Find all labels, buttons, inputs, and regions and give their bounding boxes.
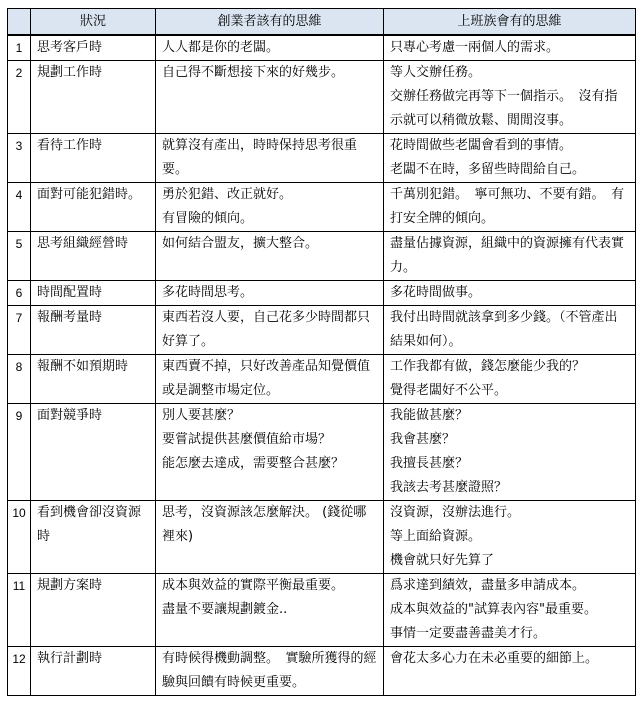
cell-situation: 時間配置時 <box>31 281 156 306</box>
cell-paragraph: 我該去考甚麼證照？ <box>390 476 629 500</box>
cell-paragraph: 有冒險的傾向。 <box>162 207 377 231</box>
cell-employee-mindset: 盡量佔據資源，組織中的資源擁有代表實力。 <box>384 232 636 281</box>
cell-employee-mindset: 花時間做些老闆會看到的事情。老闆不在時，多留些時間給自己。 <box>384 134 636 183</box>
header-entrepreneur-mindset: 創業者該有的思維 <box>156 9 384 36</box>
cell-paragraph: 千萬別犯錯。 寧可無功、不要有錯。 有打安全牌的傾向。 <box>390 183 629 231</box>
row-number: 2 <box>8 61 31 134</box>
cell-paragraph: 多花時間思考。 <box>162 281 377 305</box>
cell-situation: 思考客戶時 <box>31 35 156 61</box>
table-row: 7報酬考量時東西若沒人要，自己花多少時間都只好算了。我付出時間就該拿到多少錢。（… <box>8 306 636 355</box>
cell-paragraph: 多花時間做事。 <box>390 281 629 305</box>
cell-paragraph: 看待工作時 <box>37 134 149 158</box>
cell-paragraph: 會花太多心力在未必重要的細節上。 <box>390 647 629 671</box>
table-row: 9面對競爭時別人要甚麼？要嘗試提供甚麼價值給市場？能怎麼去達成，需要整合甚麼？我… <box>8 404 636 501</box>
cell-paragraph: 規劃工作時 <box>37 61 149 85</box>
cell-paragraph: 交辦任務做完再等下一個指示。 沒有指示就可以稍微放鬆、閒閒沒事。 <box>390 85 629 133</box>
cell-paragraph: 覺得老闆好不公平。 <box>390 379 629 403</box>
cell-situation: 執行計劃時 <box>31 647 156 696</box>
row-number: 9 <box>8 404 31 501</box>
row-number: 1 <box>8 35 31 61</box>
cell-paragraph: 有時候得機動調整。 實驗所獲得的經驗與回饋有時候更重要。 <box>162 647 377 695</box>
cell-entrepreneur-mindset: 人人都是你的老闆。 <box>156 35 384 61</box>
table-row: 11規劃方案時成本與效益的實際平衡最重要。盡量不要讓規劃鍍金..爲求達到績效，盡… <box>8 574 636 647</box>
cell-paragraph: 就算沒有產出，時時保持思考很重要。 <box>162 134 377 182</box>
cell-entrepreneur-mindset: 思考，沒資源該怎麼解決。 (錢從哪裡來) <box>156 501 384 574</box>
cell-paragraph: 等人交辦任務。 <box>390 61 629 85</box>
table-body: 1思考客戶時人人都是你的老闆。只專心考慮一兩個人的需求。2規劃工作時自己得不斷想… <box>8 35 636 696</box>
cell-paragraph: 我擅長甚麼？ <box>390 452 629 476</box>
cell-entrepreneur-mindset: 勇於犯錯、改正就好。有冒險的傾向。 <box>156 183 384 232</box>
table-row: 12執行計劃時有時候得機動調整。 實驗所獲得的經驗與回饋有時候更重要。會花太多心… <box>8 647 636 696</box>
cell-paragraph: 思考，沒資源該怎麼解決。 (錢從哪裡來) <box>162 501 377 549</box>
table-row: 4面對可能犯錯時。勇於犯錯、改正就好。有冒險的傾向。千萬別犯錯。 寧可無功、不要… <box>8 183 636 232</box>
cell-entrepreneur-mindset: 成本與效益的實際平衡最重要。盡量不要讓規劃鍍金.. <box>156 574 384 647</box>
cell-paragraph: 等上面給資源。 <box>390 525 629 549</box>
cell-paragraph: 只專心考慮一兩個人的需求。 <box>390 36 629 60</box>
cell-situation: 思考組織經營時 <box>31 232 156 281</box>
cell-employee-mindset: 多花時間做事。 <box>384 281 636 306</box>
cell-employee-mindset: 等人交辦任務。交辦任務做完再等下一個指示。 沒有指示就可以稍微放鬆、閒閒沒事。 <box>384 61 636 134</box>
cell-situation: 看到機會卻沒資源時 <box>31 501 156 574</box>
row-number: 5 <box>8 232 31 281</box>
cell-paragraph: 面對可能犯錯時。 <box>37 183 149 207</box>
row-number: 3 <box>8 134 31 183</box>
cell-paragraph: 能怎麼去達成，需要整合甚麼？ <box>162 452 377 476</box>
cell-paragraph: 報酬不如預期時 <box>37 355 149 379</box>
cell-entrepreneur-mindset: 東西賣不掉，只好改善產品知覺價值或是調整市場定位。 <box>156 355 384 404</box>
header-employee-mindset: 上班族會有的思維 <box>384 9 636 36</box>
cell-entrepreneur-mindset: 別人要甚麼？要嘗試提供甚麼價值給市場？能怎麼去達成，需要整合甚麼？ <box>156 404 384 501</box>
cell-employee-mindset: 我能做甚麼？我會甚麼？我擅長甚麼？我該去考甚麼證照？ <box>384 404 636 501</box>
table-row: 5思考組織經營時如何結合盟友，擴大整合。盡量佔據資源，組織中的資源擁有代表實力。 <box>8 232 636 281</box>
cell-paragraph: 我能做甚麼？ <box>390 404 629 428</box>
cell-entrepreneur-mindset: 如何結合盟友，擴大整合。 <box>156 232 384 281</box>
cell-paragraph: 盡量不要讓規劃鍍金.. <box>162 598 377 622</box>
cell-entrepreneur-mindset: 就算沒有產出，時時保持思考很重要。 <box>156 134 384 183</box>
cell-paragraph: 執行計劃時 <box>37 647 149 671</box>
row-number: 7 <box>8 306 31 355</box>
cell-paragraph: 花時間做些老闆會看到的事情。 <box>390 134 629 158</box>
cell-employee-mindset: 工作我都有做，錢怎麼能少我的？覺得老闆好不公平。 <box>384 355 636 404</box>
cell-paragraph: 沒資源，沒辦法進行。 <box>390 501 629 525</box>
cell-paragraph: 我付出時間就該拿到多少錢。（不管產出結果如何）。 <box>390 306 629 354</box>
cell-paragraph: 時間配置時 <box>37 281 149 305</box>
cell-paragraph: 事情一定要盡善盡美才行。 <box>390 622 629 646</box>
cell-paragraph: 要嘗試提供甚麼價值給市場？ <box>162 428 377 452</box>
cell-situation: 報酬考量時 <box>31 306 156 355</box>
row-number: 6 <box>8 281 31 306</box>
cell-employee-mindset: 我付出時間就該拿到多少錢。（不管產出結果如何）。 <box>384 306 636 355</box>
cell-employee-mindset: 沒資源，沒辦法進行。等上面給資源。機會就只好先算了 <box>384 501 636 574</box>
header-situation: 狀況 <box>31 9 156 36</box>
table-row: 8報酬不如預期時東西賣不掉，只好改善產品知覺價值或是調整市場定位。工作我都有做，… <box>8 355 636 404</box>
cell-paragraph: 機會就只好先算了 <box>390 549 629 573</box>
cell-situation: 面對競爭時 <box>31 404 156 501</box>
row-number: 8 <box>8 355 31 404</box>
header-index-cell <box>8 9 31 36</box>
cell-employee-mindset: 千萬別犯錯。 寧可無功、不要有錯。 有打安全牌的傾向。 <box>384 183 636 232</box>
table-row: 1思考客戶時人人都是你的老闆。只專心考慮一兩個人的需求。 <box>8 35 636 61</box>
cell-paragraph: 規劃方案時 <box>37 574 149 598</box>
cell-paragraph: 報酬考量時 <box>37 306 149 330</box>
row-number: 12 <box>8 647 31 696</box>
document-page: 狀況 創業者該有的思維 上班族會有的思維 1思考客戶時人人都是你的老闆。只專心考… <box>0 0 641 720</box>
cell-paragraph: 別人要甚麼？ <box>162 404 377 428</box>
table-row: 6時間配置時多花時間思考。多花時間做事。 <box>8 281 636 306</box>
cell-paragraph: 成本與效益的實際平衡最重要。 <box>162 574 377 598</box>
cell-situation: 報酬不如預期時 <box>31 355 156 404</box>
cell-employee-mindset: 會花太多心力在未必重要的細節上。 <box>384 647 636 696</box>
cell-paragraph: 東西若沒人要，自己花多少時間都只好算了。 <box>162 306 377 354</box>
cell-situation: 看待工作時 <box>31 134 156 183</box>
cell-employee-mindset: 只專心考慮一兩個人的需求。 <box>384 35 636 61</box>
cell-paragraph: 自己得不斷想接下來的好幾步。 <box>162 61 377 85</box>
cell-situation: 規劃工作時 <box>31 61 156 134</box>
cell-paragraph: 成本與效益的"試算表內容"最重要。 <box>390 598 629 622</box>
cell-entrepreneur-mindset: 自己得不斷想接下來的好幾步。 <box>156 61 384 134</box>
comparison-table: 狀況 創業者該有的思維 上班族會有的思維 1思考客戶時人人都是你的老闆。只專心考… <box>7 8 636 696</box>
cell-situation: 面對可能犯錯時。 <box>31 183 156 232</box>
cell-entrepreneur-mindset: 東西若沒人要，自己花多少時間都只好算了。 <box>156 306 384 355</box>
cell-paragraph: 盡量佔據資源，組織中的資源擁有代表實力。 <box>390 232 629 280</box>
cell-paragraph: 看到機會卻沒資源時 <box>37 501 149 549</box>
cell-paragraph: 如何結合盟友，擴大整合。 <box>162 232 377 256</box>
cell-paragraph: 東西賣不掉，只好改善產品知覺價值或是調整市場定位。 <box>162 355 377 403</box>
table-row: 10看到機會卻沒資源時思考，沒資源該怎麼解決。 (錢從哪裡來)沒資源，沒辦法進行… <box>8 501 636 574</box>
cell-entrepreneur-mindset: 有時候得機動調整。 實驗所獲得的經驗與回饋有時候更重要。 <box>156 647 384 696</box>
cell-paragraph: 工作我都有做，錢怎麼能少我的？ <box>390 355 629 379</box>
cell-paragraph: 爲求達到績效，盡量多申請成本。 <box>390 574 629 598</box>
table-row: 2規劃工作時自己得不斷想接下來的好幾步。等人交辦任務。交辦任務做完再等下一個指示… <box>8 61 636 134</box>
row-number: 10 <box>8 501 31 574</box>
header-row: 狀況 創業者該有的思維 上班族會有的思維 <box>8 9 636 36</box>
cell-employee-mindset: 爲求達到績效，盡量多申請成本。成本與效益的"試算表內容"最重要。事情一定要盡善盡… <box>384 574 636 647</box>
cell-paragraph: 思考客戶時 <box>37 36 149 60</box>
cell-situation: 規劃方案時 <box>31 574 156 647</box>
cell-entrepreneur-mindset: 多花時間思考。 <box>156 281 384 306</box>
row-number: 11 <box>8 574 31 647</box>
cell-paragraph: 人人都是你的老闆。 <box>162 36 377 60</box>
row-number: 4 <box>8 183 31 232</box>
cell-paragraph: 老闆不在時，多留些時間給自己。 <box>390 158 629 182</box>
table-row: 3看待工作時就算沒有產出，時時保持思考很重要。花時間做些老闆會看到的事情。老闆不… <box>8 134 636 183</box>
cell-paragraph: 勇於犯錯、改正就好。 <box>162 183 377 207</box>
cell-paragraph: 我會甚麼？ <box>390 428 629 452</box>
cell-paragraph: 面對競爭時 <box>37 404 149 428</box>
cell-paragraph: 思考組織經營時 <box>37 232 149 256</box>
